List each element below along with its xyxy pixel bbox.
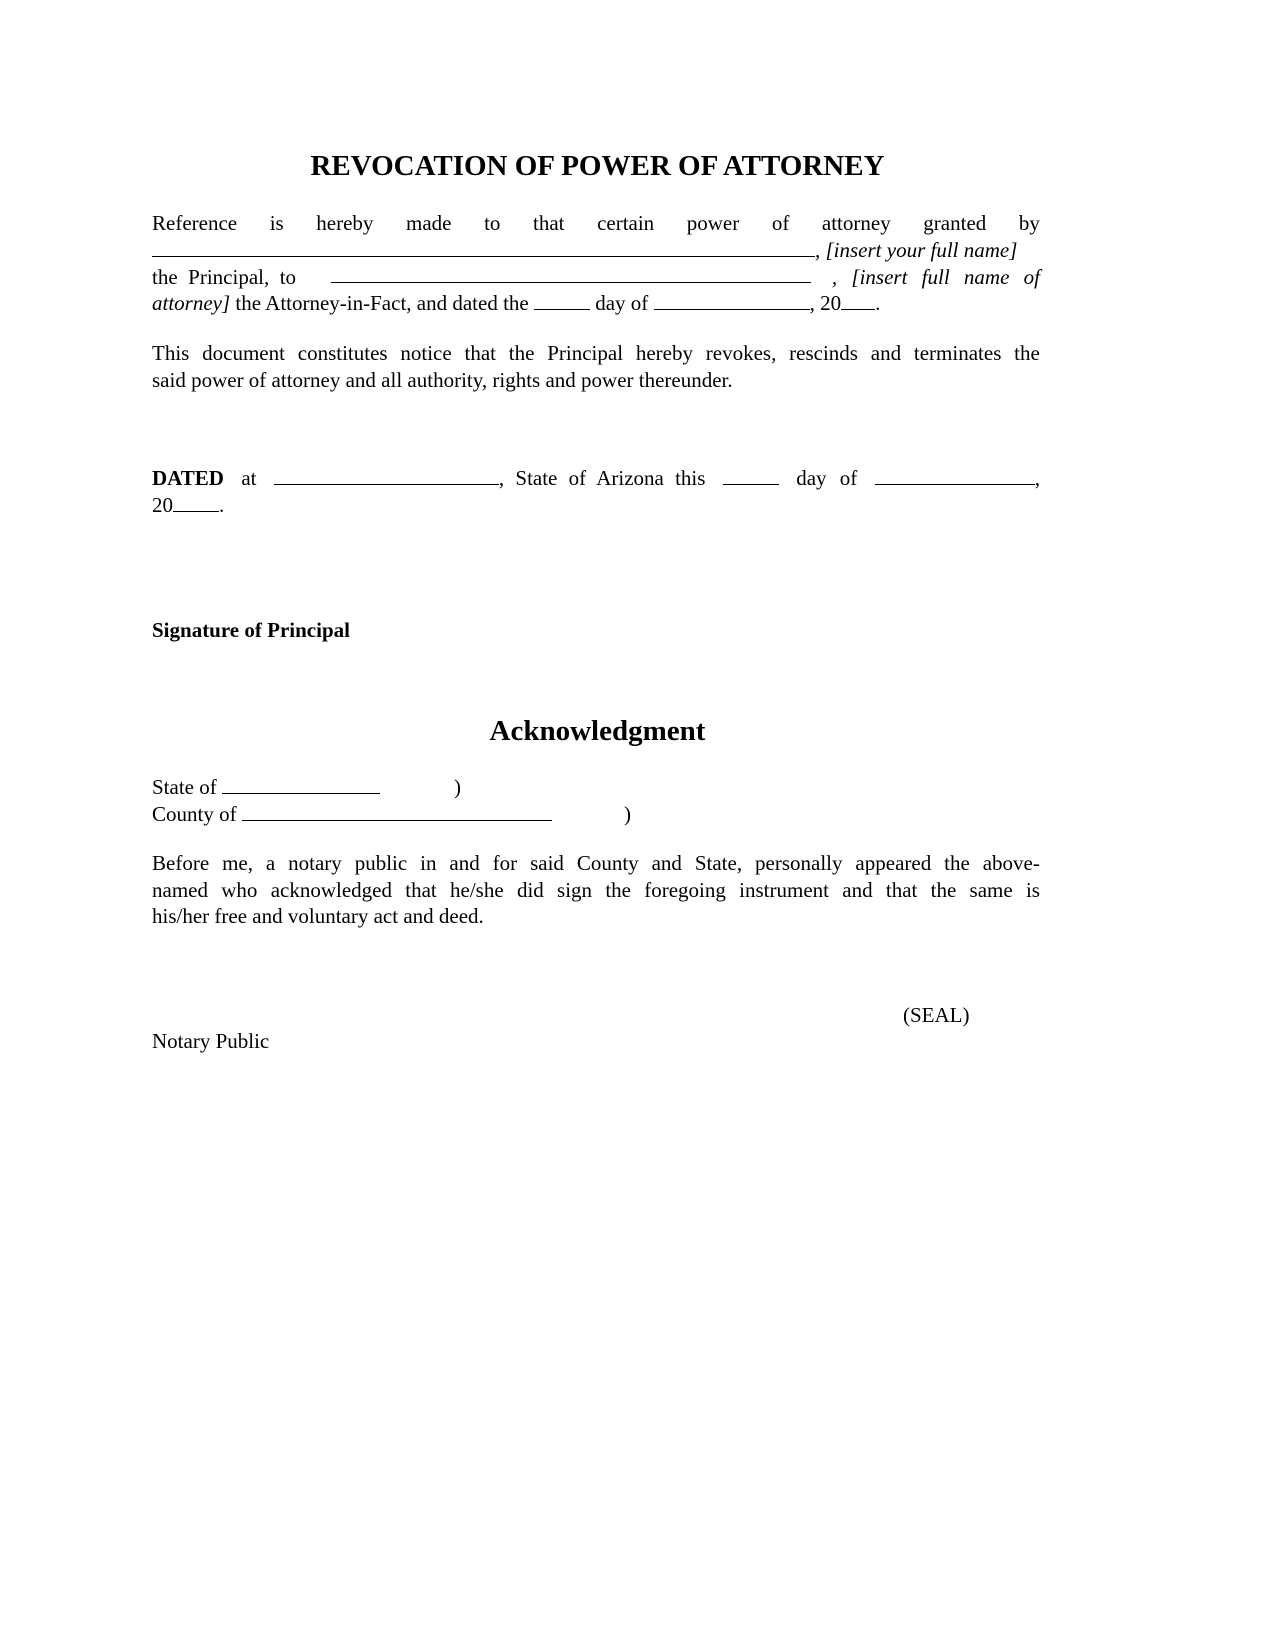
- dated-day-blank[interactable]: [723, 466, 779, 485]
- word: of: [772, 210, 790, 237]
- word: to: [484, 210, 500, 237]
- word: Principal: [547, 340, 623, 367]
- word: that: [533, 210, 565, 237]
- word: the: [605, 877, 631, 904]
- word: foregoing: [644, 877, 726, 904]
- year-prefix-text: , 20: [810, 291, 842, 315]
- word: above-: [983, 850, 1040, 877]
- grant-year-blank[interactable]: [841, 291, 875, 310]
- word: the: [931, 877, 957, 904]
- word: certain: [597, 210, 654, 237]
- dated-label: DATED: [152, 466, 224, 490]
- ack-body-line-3: his/her free and voluntary act and deed.: [152, 903, 1040, 930]
- period: .: [219, 493, 224, 517]
- dated-day-of-text: day of: [796, 465, 857, 492]
- principal-to-text: the Principal, to: [152, 264, 296, 291]
- state-of-line: State of ): [152, 774, 1040, 801]
- word: public: [355, 850, 408, 877]
- county-of-line: County of ): [152, 801, 1040, 828]
- word: hereby: [316, 210, 373, 237]
- reference-line-2: , [insert your full name]: [152, 237, 1040, 264]
- word: the: [944, 850, 970, 877]
- word: who: [221, 877, 257, 904]
- word: same: [970, 877, 1013, 904]
- notice-line-2: said power of attorney and all authority…: [152, 367, 1040, 394]
- word: terminates: [914, 340, 1001, 367]
- word: sign: [557, 877, 592, 904]
- grant-month-blank[interactable]: [654, 291, 810, 310]
- word: and: [449, 850, 479, 877]
- state-of-label: State of: [152, 775, 217, 799]
- word: revokes,: [706, 340, 777, 367]
- bracket: ): [454, 774, 461, 801]
- word: in: [420, 850, 436, 877]
- word: notice: [400, 340, 451, 367]
- dated-year-prefix: 20: [152, 493, 173, 517]
- word: named: [152, 877, 208, 904]
- word: appeared: [855, 850, 931, 877]
- word: and: [842, 877, 872, 904]
- word: is: [1026, 877, 1040, 904]
- word: instrument: [739, 877, 829, 904]
- word: is: [270, 210, 284, 237]
- document-title: REVOCATION OF POWER OF ATTORNEY: [0, 150, 1195, 183]
- day-of-text: day of: [595, 291, 648, 315]
- word: and: [652, 850, 682, 877]
- word: did: [517, 877, 544, 904]
- principal-name-blank[interactable]: [152, 238, 815, 257]
- word: a: [266, 850, 275, 877]
- word: Before: [152, 850, 209, 877]
- word: me,: [222, 850, 253, 877]
- word: granted: [923, 210, 986, 237]
- word: document: [202, 340, 285, 367]
- dated-year-line: 20.: [152, 492, 1040, 519]
- word: power: [687, 210, 739, 237]
- word: rescinds: [789, 340, 858, 367]
- word: attorney: [822, 210, 891, 237]
- word: the: [509, 340, 535, 367]
- word: he/she: [450, 877, 504, 904]
- word: and: [871, 340, 901, 367]
- dated-year-blank[interactable]: [173, 493, 219, 512]
- comma: ,: [1035, 465, 1040, 492]
- word: made: [406, 210, 451, 237]
- word: the: [1014, 340, 1040, 367]
- county-of-label: County of: [152, 802, 237, 826]
- dated-place-blank[interactable]: [274, 466, 499, 485]
- grant-day-blank[interactable]: [534, 291, 590, 310]
- attorney-name-blank[interactable]: [331, 264, 811, 283]
- word: This: [152, 340, 189, 367]
- word: that: [405, 877, 437, 904]
- word: that: [886, 877, 918, 904]
- word: hereby: [636, 340, 693, 367]
- word: constitutes: [298, 340, 388, 367]
- acknowledgment-heading: Acknowledgment: [0, 715, 1195, 748]
- reference-line-4: attorney] the Attorney-in-Fact, and date…: [152, 290, 1040, 317]
- word: notary: [288, 850, 342, 877]
- word: Reference: [152, 210, 237, 237]
- reference-line-1: Referenceisherebymadetothatcertainpowero…: [152, 210, 1040, 237]
- notice-line-1: ThisdocumentconstitutesnoticethatthePrin…: [152, 340, 1040, 367]
- dated-state-text: , State of Arizona this: [499, 465, 706, 492]
- period: .: [875, 291, 880, 315]
- word: personally: [755, 850, 842, 877]
- bracket: ): [624, 801, 631, 828]
- dated-at-text: at: [241, 465, 256, 492]
- dated-month-blank[interactable]: [875, 466, 1035, 485]
- signature-of-principal-label: Signature of Principal: [152, 617, 1040, 644]
- attorney-name-hint: , [insert full name of: [832, 264, 1040, 291]
- county-blank[interactable]: [242, 802, 552, 821]
- word: that: [464, 340, 496, 367]
- document-page: REVOCATION OF POWER OF ATTORNEY Referenc…: [0, 0, 1275, 1650]
- notary-public-label: Notary Public: [152, 1028, 1040, 1055]
- word: said: [530, 850, 564, 877]
- word: County: [577, 850, 639, 877]
- reference-line-3: the Principal, to , [insert full name of: [152, 264, 1040, 291]
- word: for: [493, 850, 518, 877]
- ack-body-line-2: namedwhoacknowledgedthathe/shedidsignthe…: [152, 877, 1040, 904]
- attorney-in-fact-text: the Attorney-in-Fact, and dated the: [230, 291, 529, 315]
- seal-label: (SEAL): [903, 1002, 970, 1029]
- word: by: [1019, 210, 1040, 237]
- word: acknowledged: [271, 877, 392, 904]
- dated-line: DATED at , State of Arizona this day of …: [152, 465, 1040, 492]
- ack-body-line-1: Beforeme,anotarypublicinandforsaidCounty…: [152, 850, 1040, 877]
- attorney-hint-end: attorney]: [152, 291, 230, 315]
- state-blank[interactable]: [222, 775, 380, 794]
- word: State,: [695, 850, 742, 877]
- principal-name-hint: , [insert your full name]: [815, 238, 1017, 262]
